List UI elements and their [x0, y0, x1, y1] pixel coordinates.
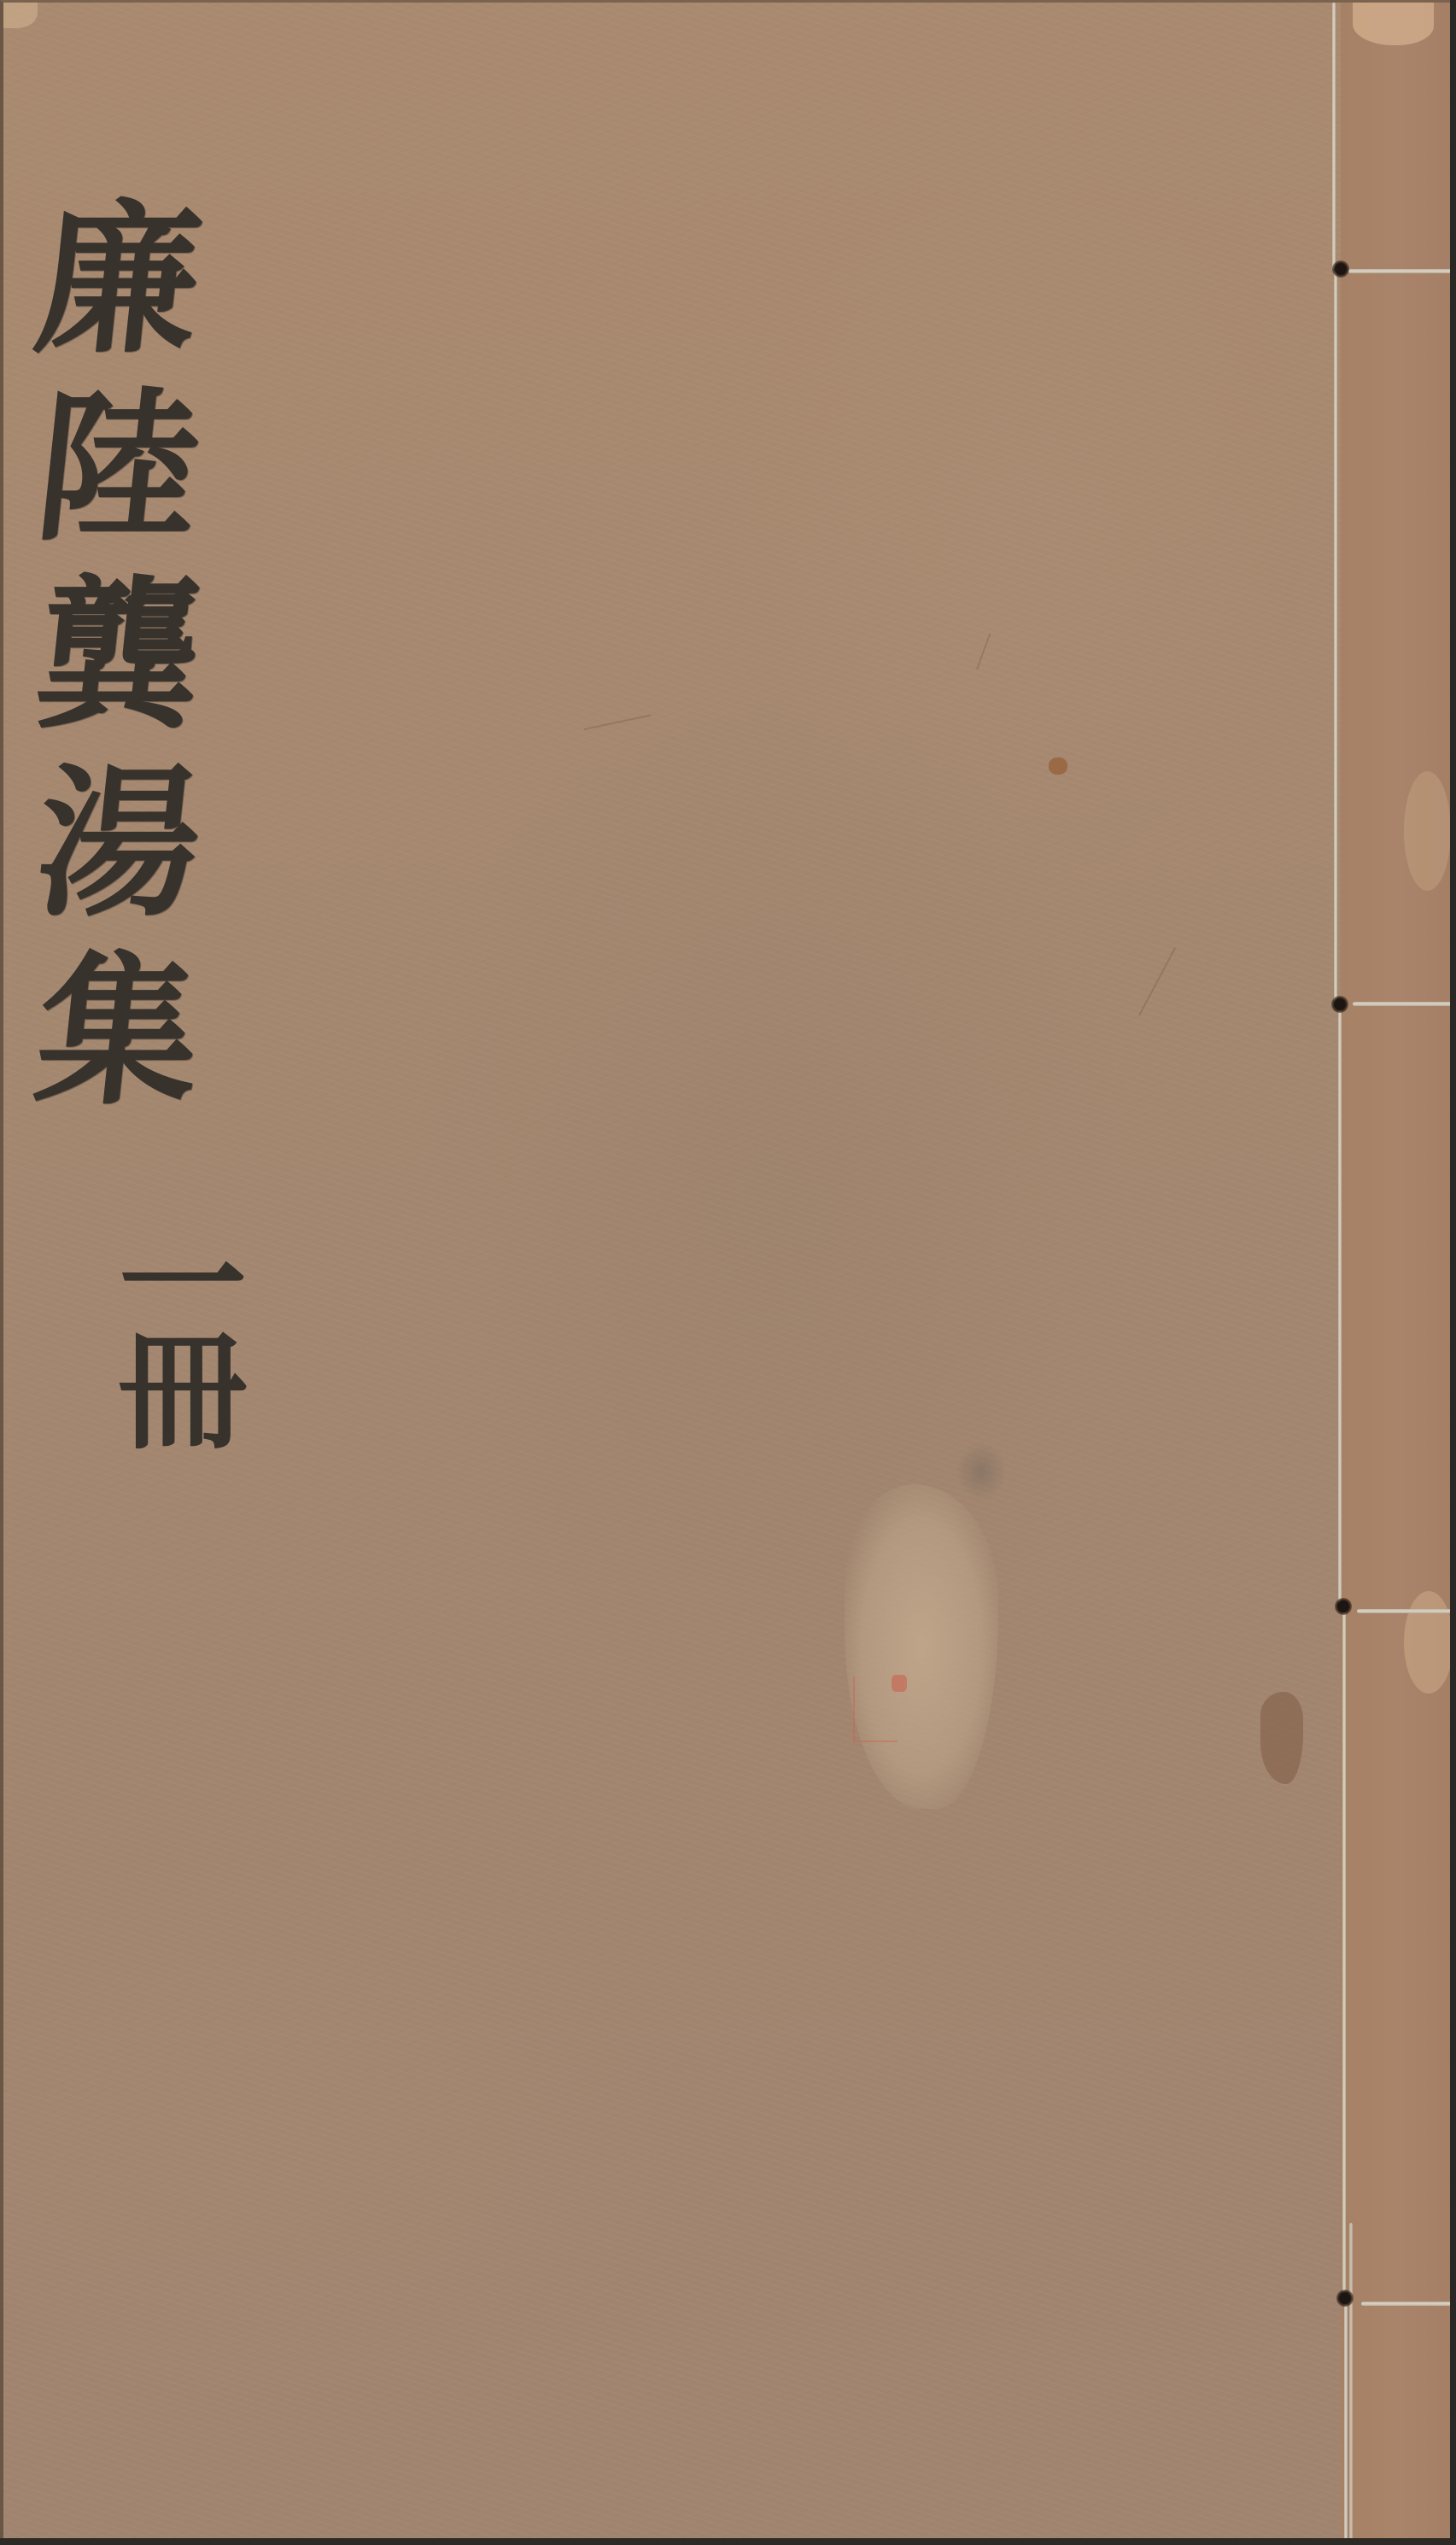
- binding-thread: [1332, 3, 1336, 269]
- binding-thread: [1349, 2223, 1353, 2541]
- volume-char-2: 冊: [119, 1339, 247, 1446]
- title-char-2: 陸: [27, 374, 209, 562]
- binding-hole: [1335, 1598, 1352, 1615]
- paper-crease: [1138, 947, 1176, 1015]
- book-cover: 廉 陸 龔 湯 集 一 冊: [0, 0, 1450, 2538]
- binding-hole: [1331, 996, 1348, 1013]
- paper-crease: [976, 633, 991, 670]
- title-char-1: 廉: [27, 186, 209, 374]
- binding-thread: [1353, 1002, 1453, 1006]
- worn-corner-top-left: [3, 3, 38, 28]
- binding-thread: [1338, 1003, 1342, 1606]
- binding-spine-strip: [1341, 3, 1453, 2541]
- binding-hole: [1336, 2290, 1354, 2307]
- binding-thread: [1348, 269, 1453, 273]
- bottom-edge-shadow: [0, 2538, 1456, 2545]
- dark-smudge: [956, 1442, 1007, 1501]
- faint-seal-mark: [892, 1675, 907, 1692]
- binding-thread: [1342, 1606, 1346, 2298]
- brown-spot: [1049, 758, 1067, 775]
- book-title: 廉 陸 龔 湯 集: [20, 186, 217, 1126]
- binding-thread: [1334, 269, 1337, 1003]
- faded-label-patch: [845, 1484, 998, 1809]
- water-stain: [1260, 1692, 1303, 1784]
- binding-edge-shadow: [1450, 0, 1456, 2545]
- binding-hole: [1332, 260, 1349, 278]
- binding-thread: [1357, 1609, 1453, 1613]
- title-char-4: 湯: [27, 750, 209, 938]
- binding-thread: [1361, 2302, 1453, 2306]
- binding-thread: [1344, 2298, 1348, 2541]
- paper-crease: [584, 714, 652, 730]
- faint-seal-trace: [853, 1676, 898, 1742]
- title-char-5: 集: [27, 938, 209, 1126]
- volume-note: 一 冊: [110, 1232, 255, 1446]
- title-char-3: 龔: [27, 562, 209, 750]
